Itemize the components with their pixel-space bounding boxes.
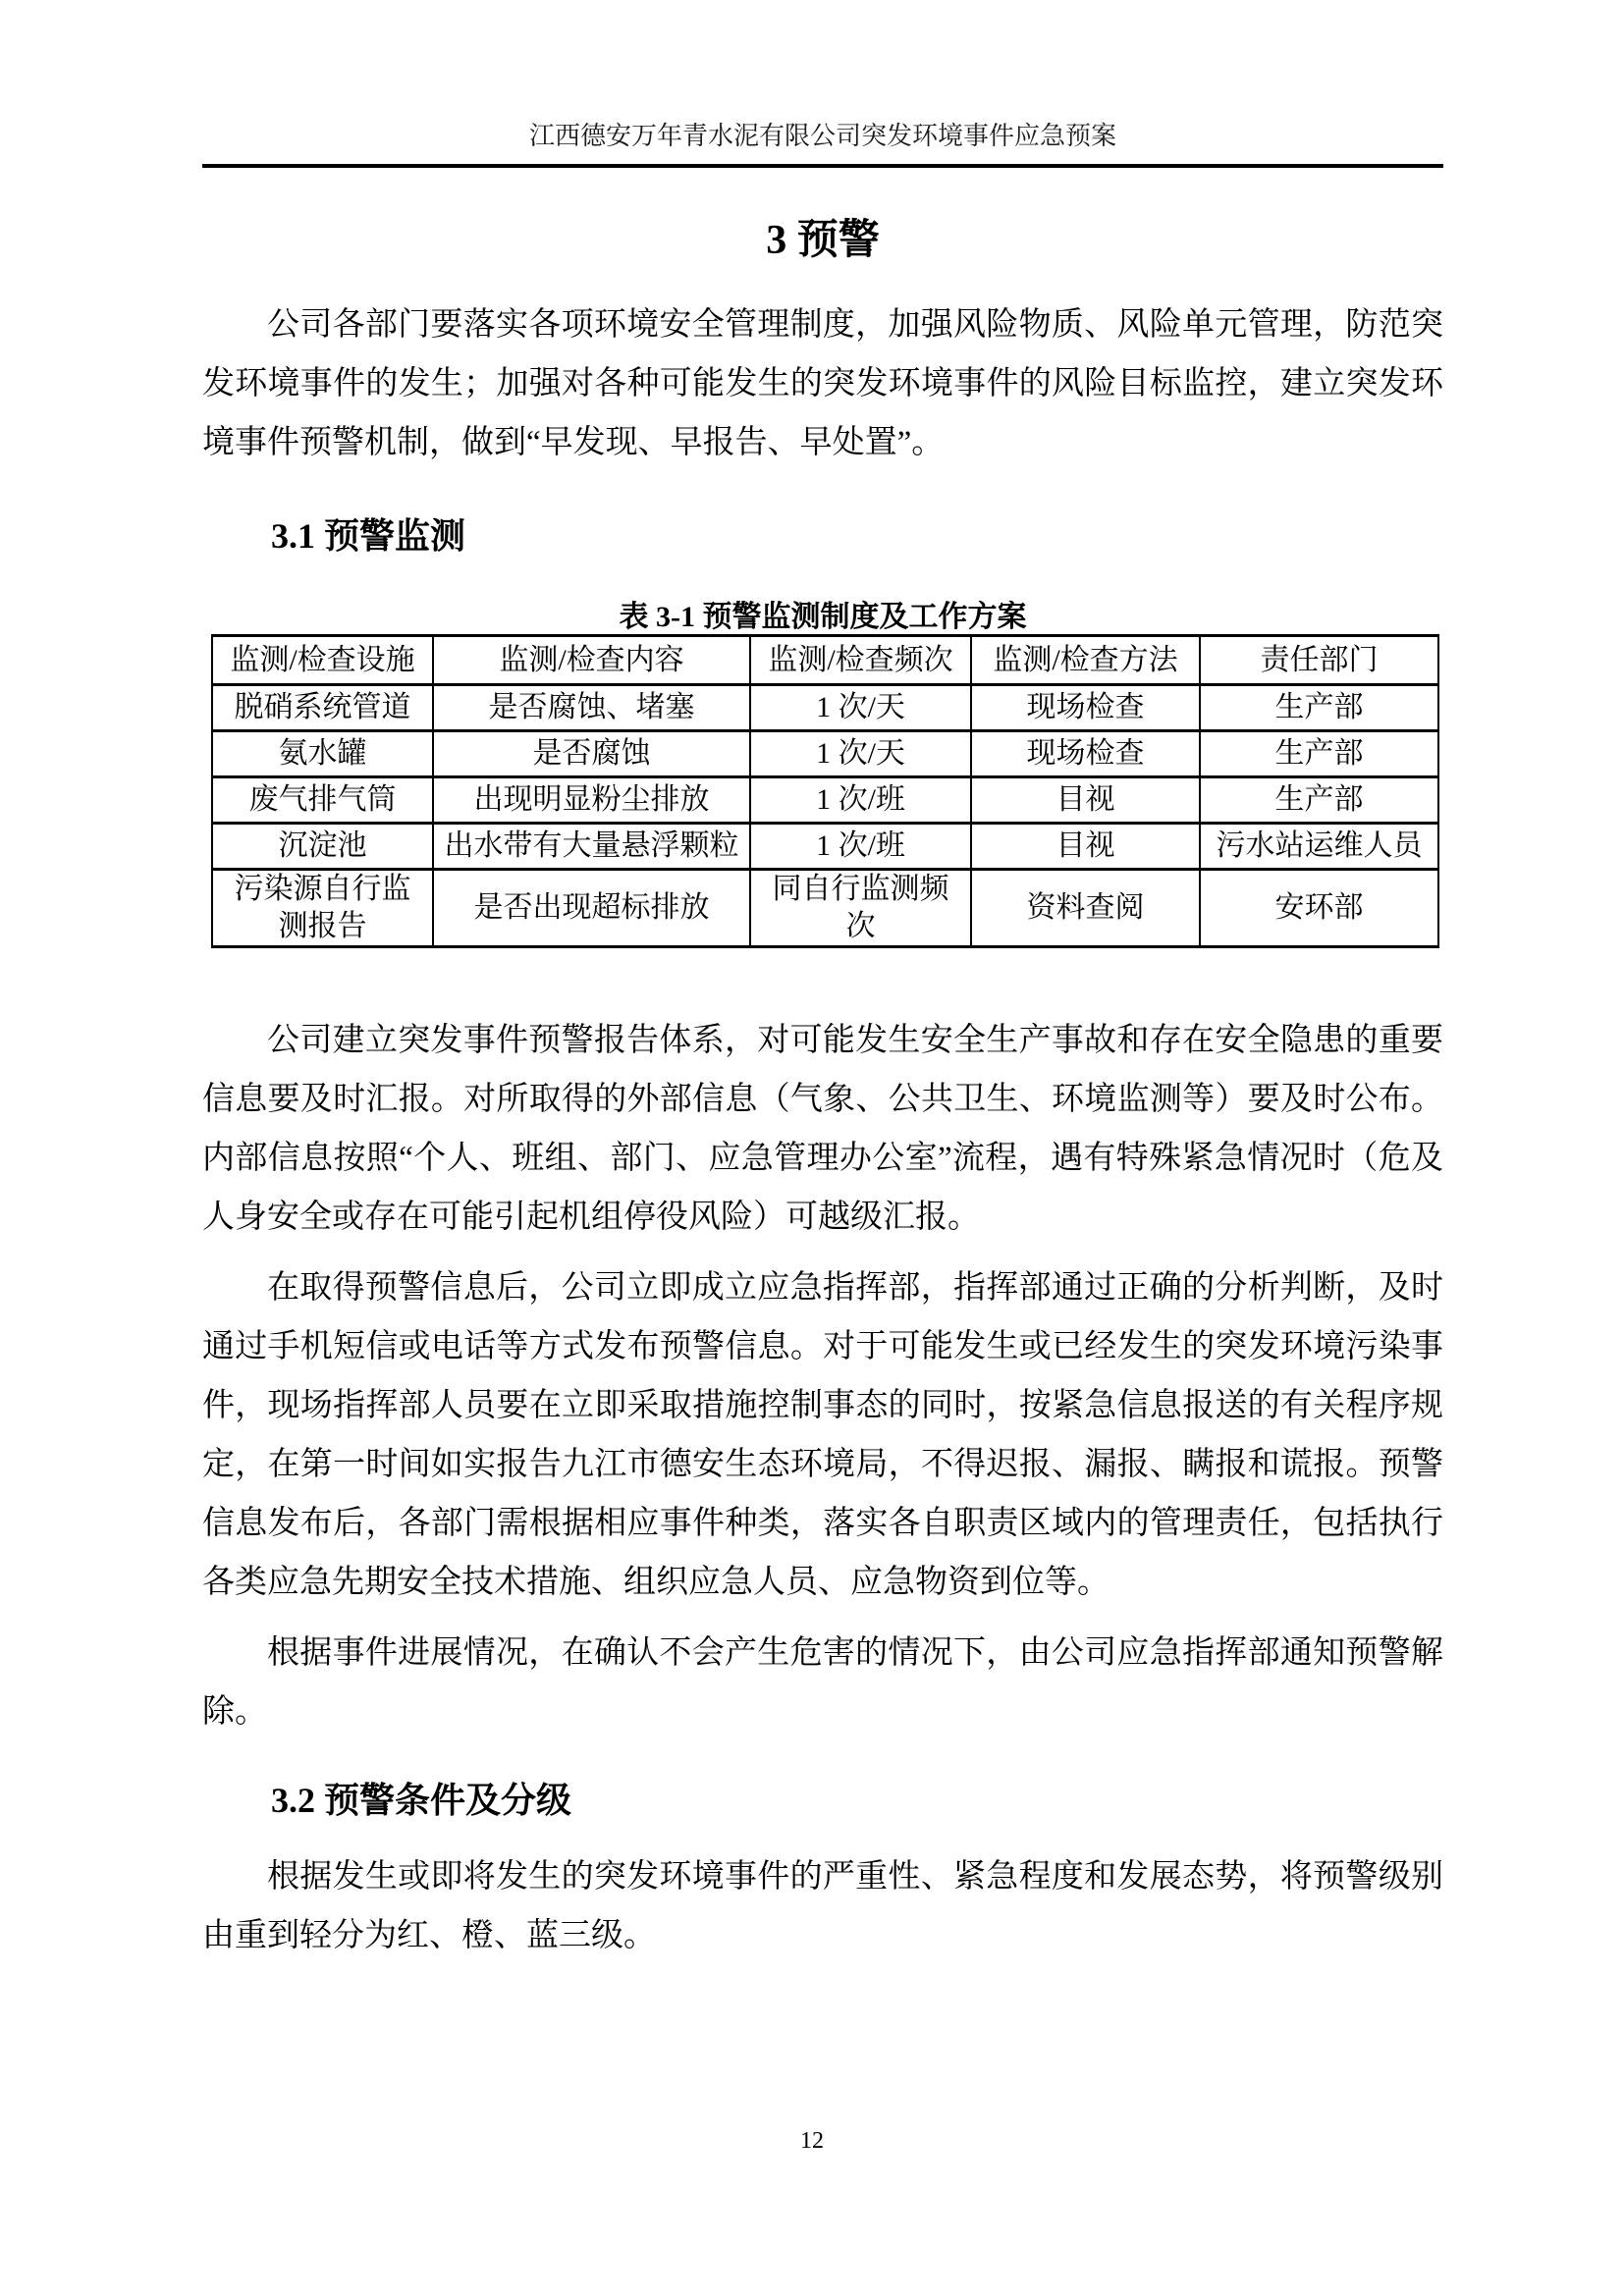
table-cell: 污水站运维人员 (1200, 824, 1438, 870)
table-header-cell: 责任部门 (1200, 636, 1438, 685)
table-row: 污染源自行监测报告 是否出现超标排放 同自行监测频次 资料查阅 安环部 (212, 870, 1438, 947)
table-cell: 1 次/班 (750, 824, 971, 870)
section-3-1-heading: 3.1 预警监测 (271, 516, 1443, 557)
intro-paragraph: 公司各部门要落实各项环境安全管理制度，加强风险物质、风险单元管理，防范突发环境事… (202, 295, 1443, 472)
table-cell: 生产部 (1200, 777, 1438, 824)
table-cell: 生产部 (1200, 731, 1438, 777)
table-cell: 沉淀池 (212, 824, 433, 870)
table-cell: 是否腐蚀 (433, 731, 750, 777)
header-rule (202, 164, 1443, 168)
paragraph-warning-levels: 根据发生或即将发生的突发环境事件的严重性、紧急程度和发展态势，将预警级别由重到轻… (202, 1847, 1443, 1965)
table-cell: 1 次/班 (750, 777, 971, 824)
table-cell: 氨水罐 (212, 731, 433, 777)
table-header-cell: 监测/检查设施 (212, 636, 433, 685)
chapter-title: 3 预警 (202, 207, 1443, 266)
table-cell: 生产部 (1200, 685, 1438, 731)
section-3-2-heading: 3.2 预警条件及分级 (271, 1781, 1443, 1821)
monitoring-table: 监测/检查设施 监测/检查内容 监测/检查频次 监测/检查方法 责任部门 脱硝系… (211, 634, 1439, 948)
table-row: 脱硝系统管道 是否腐蚀、堵塞 1 次/天 现场检查 生产部 (212, 685, 1438, 731)
table-cell: 资料查阅 (971, 870, 1200, 947)
table-cell: 1 次/天 (750, 685, 971, 731)
table-cell: 出现明显粉尘排放 (433, 777, 750, 824)
table-cell: 是否腐蚀、堵塞 (433, 685, 750, 731)
table-row: 沉淀池 出水带有大量悬浮颗粒 1 次/班 目视 污水站运维人员 (212, 824, 1438, 870)
table-cell: 目视 (971, 824, 1200, 870)
table-cell: 废气排气筒 (212, 777, 433, 824)
table-header-cell: 监测/检查方法 (971, 636, 1200, 685)
page-content: 江西德安万年青水泥有限公司突发环境事件应急预案 3 预警 公司各部门要落实各项环… (0, 0, 1624, 1965)
table-header-cell: 监测/检查频次 (750, 636, 971, 685)
page-number: 12 (0, 2128, 1624, 2155)
table-cell: 同自行监测频次 (750, 870, 971, 947)
table-cell: 现场检查 (971, 685, 1200, 731)
paragraph-warning-release: 在取得预警信息后，公司立即成立应急指挥部，指挥部通过正确的分析判断，及时通过手机… (202, 1258, 1443, 1612)
paragraph-warning-report-system: 公司建立突发事件预警报告体系，对可能发生安全生产事故和存在安全隐患的重要信息要及… (202, 1011, 1443, 1247)
table-header-row: 监测/检查设施 监测/检查内容 监测/检查频次 监测/检查方法 责任部门 (212, 636, 1438, 685)
table-cell: 出水带有大量悬浮颗粒 (433, 824, 750, 870)
table-cell: 1 次/天 (750, 731, 971, 777)
table-header-cell: 监测/检查内容 (433, 636, 750, 685)
table-cell: 污染源自行监测报告 (212, 870, 433, 947)
table-row: 氨水罐 是否腐蚀 1 次/天 现场检查 生产部 (212, 731, 1438, 777)
table-caption: 表 3-1 预警监测制度及工作方案 (202, 600, 1443, 634)
document-header-title: 江西德安万年青水泥有限公司突发环境事件应急预案 (202, 0, 1443, 152)
document-page: 江西德安万年青水泥有限公司突发环境事件应急预案 3 预警 公司各部门要落实各项环… (0, 0, 1624, 2296)
table-cell: 目视 (971, 777, 1200, 824)
table-cell: 现场检查 (971, 731, 1200, 777)
table-cell: 脱硝系统管道 (212, 685, 433, 731)
paragraph-warning-removal: 根据事件进展情况，在确认不会产生危害的情况下，由公司应急指挥部通知预警解除。 (202, 1624, 1443, 1741)
table-row: 废气排气筒 出现明显粉尘排放 1 次/班 目视 生产部 (212, 777, 1438, 824)
table-cell: 安环部 (1200, 870, 1438, 947)
table-cell: 是否出现超标排放 (433, 870, 750, 947)
